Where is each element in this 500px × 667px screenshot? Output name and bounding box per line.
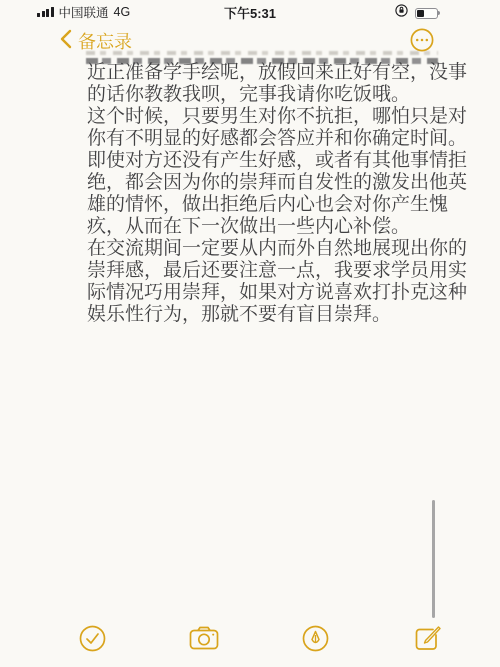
- status-right-cluster: [395, 4, 438, 22]
- battery-icon: [415, 8, 438, 19]
- chevron-left-icon: [60, 29, 72, 54]
- compose-button[interactable]: [407, 618, 448, 659]
- checkmark-circle-icon: [79, 625, 106, 652]
- nav-bar: 备忘录: [0, 24, 500, 60]
- bottom-toolbar: [0, 617, 500, 667]
- more-options-button[interactable]: [410, 28, 434, 52]
- checklist-button[interactable]: [72, 618, 113, 659]
- back-button[interactable]: 备忘录: [60, 28, 132, 54]
- ellipsis-circle-icon: [410, 39, 434, 56]
- markup-button[interactable]: [295, 618, 336, 659]
- camera-button[interactable]: [184, 618, 225, 659]
- status-bar: 中国联通 4G 下午5:31: [0, 0, 500, 22]
- back-button-label: 备忘录: [78, 28, 132, 54]
- scrollbar[interactable]: [432, 500, 435, 618]
- note-text-area[interactable]: 近正准备学手绘呢，放假回来正好有空，没事 的话你教教我呗，完事我请你吃饭哦。 这…: [87, 62, 487, 326]
- notes-app-screen: 中国联通 4G 下午5:31: [0, 0, 500, 667]
- compose-icon: [413, 624, 442, 653]
- markup-pen-icon: [302, 625, 329, 652]
- rotation-lock-icon: [395, 4, 408, 22]
- camera-icon: [189, 625, 219, 651]
